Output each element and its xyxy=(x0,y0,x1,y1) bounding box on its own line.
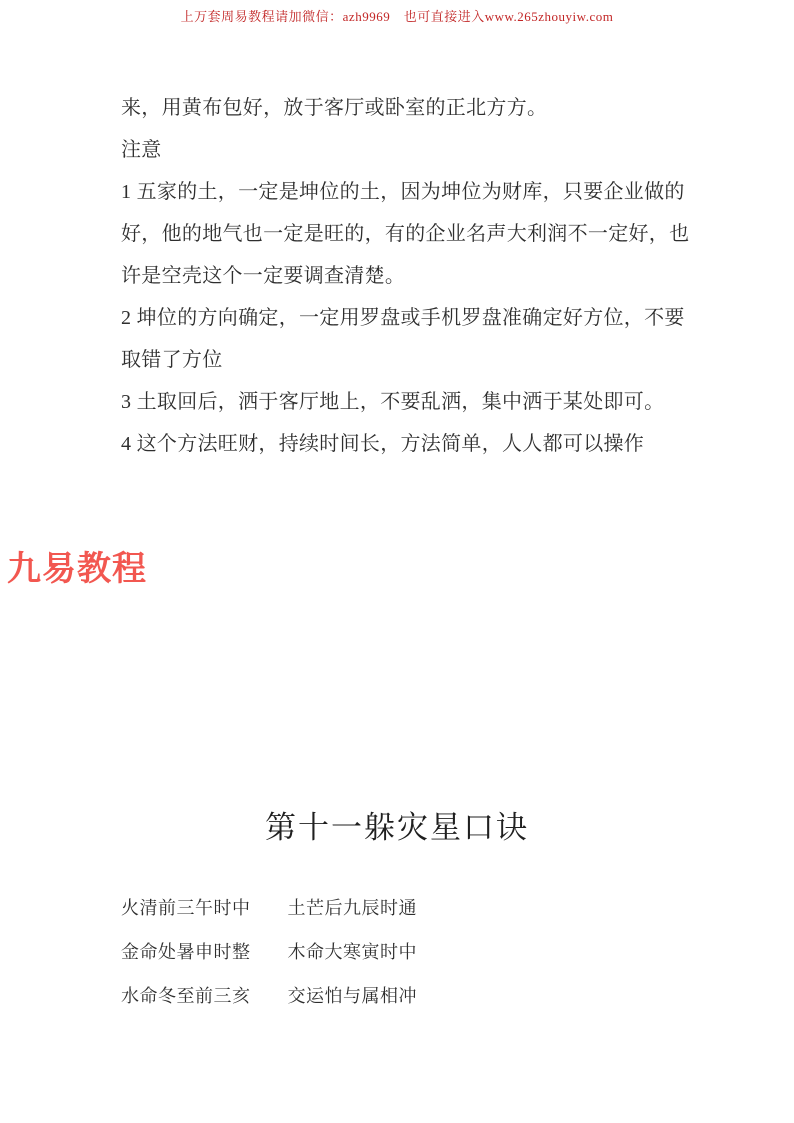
body-line: 许是空壳这个一定要调查清楚。 xyxy=(121,255,673,297)
body-line: 2 坤位的方向确定，一定用罗盘或手机罗盘准确定好方位，不要 xyxy=(121,297,673,339)
body-line: 3 土取回后，洒于客厅地上，不要乱洒，集中洒于某处即可。 xyxy=(121,381,673,423)
body-line: 好，他的地气也一定是旺的，有的企业名声大利润不一定好，也 xyxy=(121,213,673,255)
body-line: 4 这个方法旺财，持续时间长，方法简单，人人都可以操作 xyxy=(121,423,673,465)
verse-block: 火清前三午时中 土芒后九辰时通 金命处暑申时整 木命大寒寅时中 水命冬至前三亥 … xyxy=(121,886,417,1018)
body-line: 来，用黄布包好，放于客厅或卧室的正北方方。 xyxy=(121,87,673,129)
document-page: 上万套周易教程请加微信：azh9969 也可直接进入www.265zhouyiw… xyxy=(0,0,794,1123)
watermark-logo: 九易教程 xyxy=(7,541,147,590)
body-line-note-heading: 注意 xyxy=(121,129,673,171)
body-text: 来，用黄布包好，放于客厅或卧室的正北方方。 注意 1 五家的土，一定是坤位的土，… xyxy=(121,87,673,465)
promo-header-text: 上万套周易教程请加微信：azh9969 也可直接进入www.265zhouyiw… xyxy=(0,6,794,25)
body-line: 取错了方位 xyxy=(121,339,673,381)
body-line: 1 五家的土，一定是坤位的土，因为坤位为财库，只要企业做的 xyxy=(121,171,673,213)
verse-line: 水命冬至前三亥 交运怕与属相冲 xyxy=(121,974,417,1018)
verse-line: 火清前三午时中 土芒后九辰时通 xyxy=(121,886,417,930)
section-title: 第十一躲灾星口诀 xyxy=(0,802,794,847)
verse-line: 金命处暑申时整 木命大寒寅时中 xyxy=(121,930,417,974)
